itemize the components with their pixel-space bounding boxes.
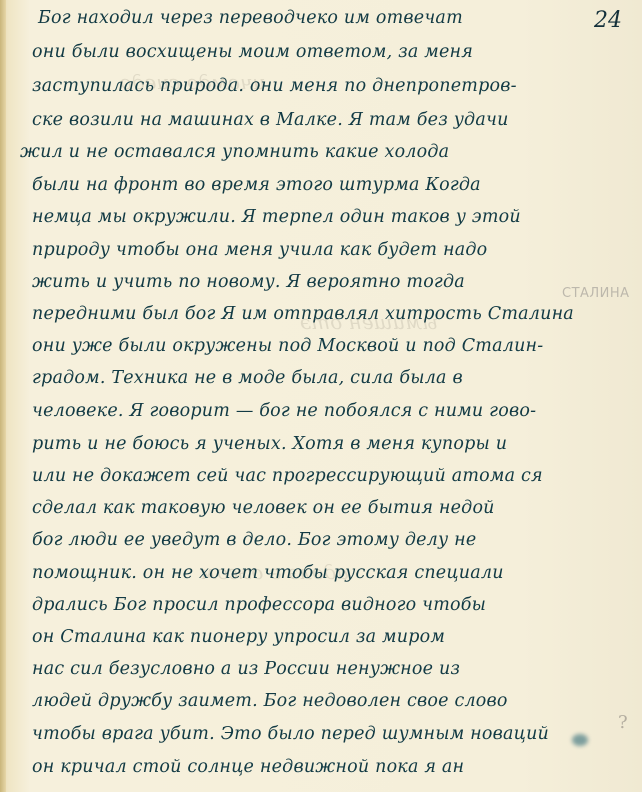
handwritten-line: помощник. он не хочет чтобы русская спец…: [32, 563, 504, 583]
handwritten-line: нас сил безусловно а из России ненужное …: [32, 659, 460, 679]
handwritten-line: жил и не оставался упомнить какие холода: [20, 142, 449, 162]
handwritten-line: заступилась природа. они меня по днепроп…: [32, 76, 517, 96]
handwritten-line: они были восхищены моим ответом, за меня: [32, 42, 473, 62]
handwritten-line: Бог находил через переводчеко им отвечат: [38, 8, 463, 28]
handwritten-line: чтобы врага убит. Это было перед шумным …: [32, 724, 549, 744]
handwritten-line: сделал как таковую человек он ее бытия н…: [32, 498, 495, 518]
handwritten-line: человеке. Я говорит — бог не побоялся с …: [32, 401, 536, 421]
handwritten-line: они уже были окружены под Москвой и под …: [32, 336, 543, 356]
handwritten-line: передними был бог Я им отправлял хитрост…: [32, 304, 574, 324]
page-number: 24: [594, 8, 622, 33]
notebook-binding: [0, 0, 6, 792]
handwritten-line: жить и учить по новому. Я вероятно тогда: [32, 272, 465, 292]
handwritten-line: он Сталина как пионеру упросил за миром: [32, 627, 445, 647]
handwritten-line: бог люди ее уведут в дело. Бог этому дел…: [32, 530, 476, 550]
handwritten-line: рить и не боюсь я ученых. Хотя в меня ку…: [32, 434, 507, 454]
ink-blot: [572, 734, 588, 746]
handwritten-line: ске возили на машинах в Малке. Я там без…: [32, 110, 509, 130]
margin-mark: ?: [618, 712, 628, 733]
handwritten-line: дрались Бог просил профессора видного чт…: [32, 595, 486, 615]
handwritten-line: градом. Техника не в моде была, сила был…: [32, 368, 463, 388]
handwritten-line: людей дружбу заимет. Бог недоволен свое …: [32, 691, 508, 711]
handwritten-line: природу чтобы она меня учила как будет н…: [32, 240, 487, 260]
handwritten-line: или не докажет сей час прогрессирующий а…: [32, 466, 543, 486]
handwritten-line: он кричал стой солнце недвижной пока я а…: [32, 757, 464, 777]
handwritten-line: немца мы окружили. Я терпел один таков у…: [32, 207, 521, 227]
notebook-page: ичомдо сивдо ымишен отэ адолэ в ожом 24 …: [0, 0, 642, 792]
handwritten-line: были на фронт во время этого штурма Когд…: [32, 175, 481, 195]
stalin-stamp: СТАЛИНА: [562, 286, 630, 301]
